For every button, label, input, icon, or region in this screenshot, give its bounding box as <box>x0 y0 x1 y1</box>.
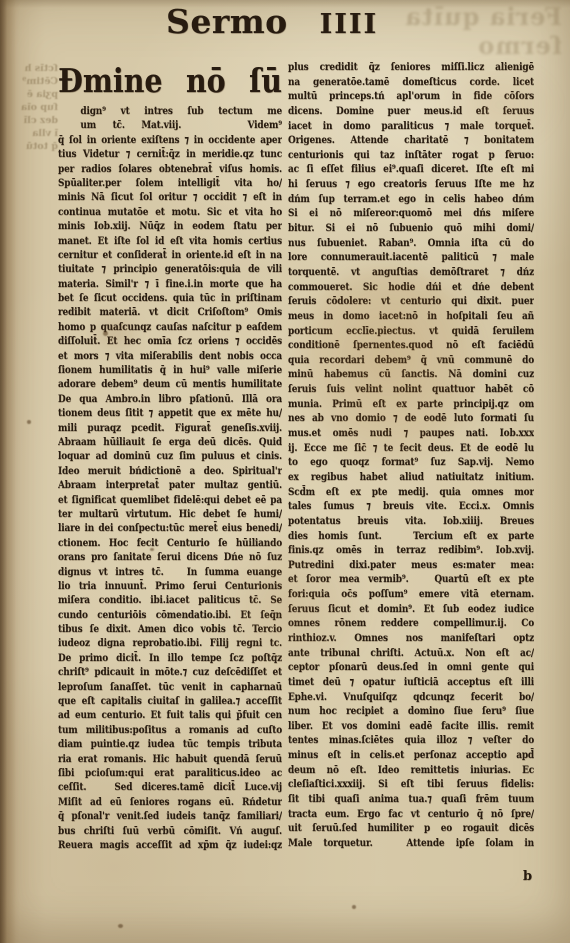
foxing-speck <box>27 420 31 424</box>
text-line: munia. Primū eſt ex parte principij.qz o… <box>288 397 534 412</box>
text-line: torquentē. vt anguſtias demōſtraret ⁊ dń… <box>288 265 534 280</box>
text-line: conditionē ſpernentes.quod nō eſt faciēd… <box>288 338 534 353</box>
text-line: continua mutatōe et motu. Sic et vita ho <box>58 205 282 219</box>
text-line: porticum ecclīe.piectus. vt quidā ſeruil… <box>288 324 534 339</box>
text-line: homo p quaſcunqz cauſas naſcitur p eaſde… <box>58 320 282 334</box>
text-line: Male torquetur. Attende ipſe ſolam in <box>288 836 534 851</box>
text-line: minū habemus cū ſanctis. Nā domini cuz <box>288 367 534 382</box>
text-line: Origenes. Attende charitatē ⁊ bonitatem <box>288 133 534 148</box>
text-line: tibus ſe dixit. Amen dico vobis tc̄. Ter… <box>58 622 282 636</box>
text-line: loquar ad dominū cuz ſim puluus et cinis… <box>58 449 282 463</box>
text-line: q̄ ſol in oriente exiſtens ⁊ in occident… <box>58 133 282 147</box>
text-line: timet deū ⁊ opatur iuſticiā acceptus eſt… <box>288 675 534 690</box>
text-line: leproſum ſanaſſet. tūc venit in capharna… <box>58 680 282 694</box>
text-line: ſeruus ſicut et domin⁹. Et ſub eodez iud… <box>288 602 534 617</box>
text-line: Putredini dixi.pater meus es:mater mea: <box>288 558 534 573</box>
text-column-left: Ðmine nō ſū dign⁹ vt intres ſub tectum m… <box>58 60 282 852</box>
text-line: diſſoluit̄. Et hec omīa ſcz oriens ⁊ occ… <box>58 334 282 348</box>
text-line: ſibi pcioſum:qui erat paraliticus.ideo a… <box>58 766 282 780</box>
sermon-number: IIII <box>320 9 379 40</box>
text-line: cernitur et conſiderat̄ in oriente.id eſ… <box>58 248 282 262</box>
text-line: quia recordari debem⁹ q̄ vnū communē do <box>288 353 534 368</box>
text-line: tionem deus ſitit ⁊ appetit que ex mēte … <box>58 406 282 420</box>
text-line: liber. Et vos domini eadē facite illis. … <box>288 719 534 734</box>
text-line: nes ab vno domio ⁊ de eodē luto formati … <box>288 411 534 426</box>
text-line: dies homis ſunt. Tercium eſt ex parte <box>288 529 534 544</box>
text-line: ſeruis cōdolere: vt centurio qui dixit. … <box>288 294 534 309</box>
text-line: et ſignificat quemlibet fidelē:qui debet… <box>58 493 282 507</box>
text-line: dign⁹ vt intres ſub tectum me <box>58 104 282 118</box>
text-line: dicens. Domine puer meus.id eſt ſeruus <box>288 104 534 119</box>
text-line: minis Nā ſicut ſol oritur ⁊ occidit ⁊ eſ… <box>58 190 282 204</box>
text-line: adorare debem⁹ deum cū mentis humilitate <box>58 377 282 391</box>
text-line: iacet in domo paraliticus ⁊ male torquet… <box>288 119 534 134</box>
text-line: minus eſt in celis.et perſonaz acceptio … <box>288 748 534 763</box>
text-line: per radios ſolares obtenebrat̄ viſus hom… <box>58 162 282 176</box>
text-line: hi ſeruus ⁊ ego creatoris ſeruus Iſte me… <box>288 177 534 192</box>
text-line: ad eum centurio. Et fuit talis qui p̄fui… <box>58 708 282 722</box>
text-line: finis.qz omēs in terraz redibim⁹. Iob.xv… <box>288 543 534 558</box>
text-line: meus in domo iacet:nō in hoſpitali ſeu a… <box>288 309 534 324</box>
text-line: deum nō eſt. Ideo remittetis iniurias. E… <box>288 763 534 778</box>
left-column-lines: dign⁹ vt intres ſub tectum meum tc̄. Mat… <box>58 104 282 852</box>
text-line: Ephe.vi. Vnuſquiſqz qdcunqz fecerit bo/ <box>288 690 534 705</box>
text-line: bet ſe ſicut occidens. quia tūc in priſt… <box>58 291 282 305</box>
text-line: tum militibus:poſitus a romanis ad cuſto <box>58 723 282 737</box>
text-line: bitur. Si ei nō ſubuenio quō mihi domi/ <box>288 221 534 236</box>
text-line: et ſoror mea vermib⁹. Quartū eſt ex pte <box>288 572 534 587</box>
text-line: et mors ⁊ vita miſerabilis dent nobis oc… <box>58 349 282 363</box>
text-line: ſeruis ſuis velint nolint quattuor habēt… <box>288 382 534 397</box>
text-line: Ideo meruit bńdictionē a deo. Spiritual'… <box>58 464 282 478</box>
text-line: dńm ſup terram.et ego in celis habeo dńm <box>288 192 534 207</box>
text-line: Scd̄m eſt ex pte medij. quia omnes mor <box>288 485 534 500</box>
text-line: iudeoz digna reprobatio.ibi. Filij regni… <box>58 636 282 650</box>
text-line: commoueret. Sic hodie dńi et dńe debent <box>288 280 534 295</box>
text-line: um tc̄. Mat.viij. Videm⁹ <box>58 118 282 132</box>
text-line: multū princeps.tń apl'orum in fide cōſor… <box>288 89 534 104</box>
text-line: uit ſeruū.ſed humiliter p eo rogauit dic… <box>288 821 534 836</box>
text-line: ceptor pſonarū deus.ſed in omni gente qu… <box>288 660 534 675</box>
foxing-speck <box>508 150 511 153</box>
text-line: tentes minas.ſciētes quia illoz ⁊ veſter… <box>288 733 534 748</box>
text-line: que eſt capitalis ciuitaſ in galilea.⁊ a… <box>58 694 282 708</box>
text-line: tiuitate ⁊ principio generatōis:quia de … <box>58 262 282 276</box>
foxing-speck <box>150 548 154 551</box>
text-line: ſit tibi quaſi anima tua.⁊ quaſi frēm tu… <box>288 792 534 807</box>
text-line: Reuera magis acceſſit ad xp̄m q̄z iudei:… <box>58 838 282 852</box>
text-line: plus credidit q̄z ſeniores miſſi.licz al… <box>288 60 534 75</box>
text-line: dignus vt intres tc̄. In ſumma euange <box>58 565 282 579</box>
text-line: rinthioz.v. Omnes nos manifeſtari optz <box>288 631 534 646</box>
text-line: ſionem humilitatis q̄ in hui⁹ valle miſe… <box>58 363 282 377</box>
text-line: cleſiaſtici.xxxiij. Si eſt tibi ſeruus f… <box>288 777 534 792</box>
text-line: manet. Et iſte ſol id eſt vita homis cer… <box>58 234 282 248</box>
text-line: ante tribunal chriſti. Actuū.x. Non eſt … <box>288 646 534 661</box>
sermon-title: Sermo <box>166 2 288 41</box>
text-line: Si ei nō miſereor:quomō mei dńs miſere <box>288 206 534 221</box>
text-line: mili puraqz pcedit. Figurat̄ geneſis.xvi… <box>58 421 282 435</box>
foxing-speck <box>352 905 356 909</box>
page-header: Sermo IIII <box>166 2 378 41</box>
text-column-right: plus credidit q̄z ſeniores miſſi.licz al… <box>288 60 534 852</box>
text-line: bus chriſti ſuū verbū cōmiſit. Vń auguſ. <box>58 824 282 838</box>
foxing-speck <box>103 331 108 336</box>
text-line: materia. Simil'r ⁊ ī fine.i.in morte que… <box>58 277 282 291</box>
text-line: chriſt⁹ pdicauit in mōte.⁊ cuz deſcēdiſſ… <box>58 665 282 679</box>
text-line: fori:quia oc̄s poſſum⁹ emere vitā eterna… <box>288 587 534 602</box>
book-page-scan: Feria quīta ſermo ſctīs hCētim⁹pʒia ēſup… <box>0 0 570 943</box>
text-line: diam puintie.qz iudea tūc tempis tributa <box>58 737 282 751</box>
text-line: na generatōe.tamē domeſticus corde. lice… <box>288 75 534 90</box>
text-line: ter multarū virtutum. Hic debet ſe humi/ <box>58 507 282 521</box>
text-line: Abraam interpretat̄ pater multaz gentiū. <box>58 478 282 492</box>
text-line: tius Videtur ⁊ cernit̄:q̄z in meridie.qz… <box>58 147 282 161</box>
text-line: De primo dicit̄. In illo tempe ſcz poſtq… <box>58 651 282 665</box>
foxing-speck <box>118 924 123 928</box>
text-line: Spūaliter.per ſolem intelligit̄ vita ho/ <box>58 176 282 190</box>
right-column-lines: plus credidit q̄z ſeniores miſſi.licz al… <box>288 60 534 851</box>
text-line: liare in dei conſpectu:tūc meret̄ eius b… <box>58 521 282 535</box>
text-line: redibit materiā. vt dicit Criſoſtom⁹ Omi… <box>58 305 282 319</box>
incipit-heading: Ðmine nō ſū <box>58 60 282 102</box>
text-line: nus ſubueniet. Raban⁹. Omnia iſta cū do <box>288 236 534 251</box>
text-line: ceſſit. Sed diceres.tamē dicit̄ Luce.vij <box>58 780 282 794</box>
text-line: tracta eum. Ergo fac vt centurio q̄ nō ſ… <box>288 807 534 822</box>
text-line: minis Iob.xiij. Nūq̄z in eodem ſtatu per <box>58 219 282 233</box>
text-line: lore connumerauit.iacentē paliticū ⁊ mal… <box>288 250 534 265</box>
text-line: miſera conditio. ibi.iacet paliticus tc̄… <box>58 593 282 607</box>
text-line: mus.et omēs nudi ⁊ paupes nati. Iob.xxx <box>288 426 534 441</box>
text-line: orans pro ſanitate ſerui dicens Dńe nō ſ… <box>58 550 282 564</box>
text-line: num hoc recipiet a domino ſiue ſeru⁹ ſiu… <box>288 704 534 719</box>
text-line: De qua Ambro.in libro pſationū. Illā ora <box>58 392 282 406</box>
text-line: ctionem. Hoc fecit Centurio ſe hūiliando <box>58 536 282 550</box>
text-line: ac ſi eſſet filius ei⁹.quaſi diceret. Iſ… <box>288 162 534 177</box>
text-line: Miſit ad eū ſeniores rogans eū. Rńdetur <box>58 795 282 809</box>
text-line: Abraam hūiliauit ſe erga deū dicēs. Quid <box>58 435 282 449</box>
text-block: Ðmine nō ſū dign⁹ vt intres ſub tectum m… <box>58 60 536 852</box>
text-line: lio tria innuunt̄. Primo ſerui Centurion… <box>58 579 282 593</box>
text-line: ria erat romanis. Hic habuit quendā ſeru… <box>58 752 282 766</box>
text-line: q̄ pſonal'r venit.ſed iudeis tanq̄z fami… <box>58 809 282 823</box>
text-line: ij. Ecce me ſic̄ ⁊ te fecit deus. Et de … <box>288 441 534 456</box>
signature-mark: b <box>523 869 532 884</box>
text-line: centurionis qui taz inſtāter rogat p ſer… <box>288 148 534 163</box>
text-line: tales ſumus ⁊ breuis vite. Ecci.x. Omnis <box>288 499 534 514</box>
text-line: potentatus breuis vita. Iob.xiiij. Breue… <box>288 514 534 529</box>
text-line: omnes rōnem reddere compellimur.ij. Co <box>288 616 534 631</box>
text-line: ex regibus habet aliud natiuitatz initiu… <box>288 470 534 485</box>
text-line: to ego quoqz format⁹ ſuz Sap.vij. Nemo <box>288 455 534 470</box>
page-gutter-edge <box>0 0 16 943</box>
text-line: cundo centuriōis cōmendatio.ibi. Et ſeq̄… <box>58 608 282 622</box>
